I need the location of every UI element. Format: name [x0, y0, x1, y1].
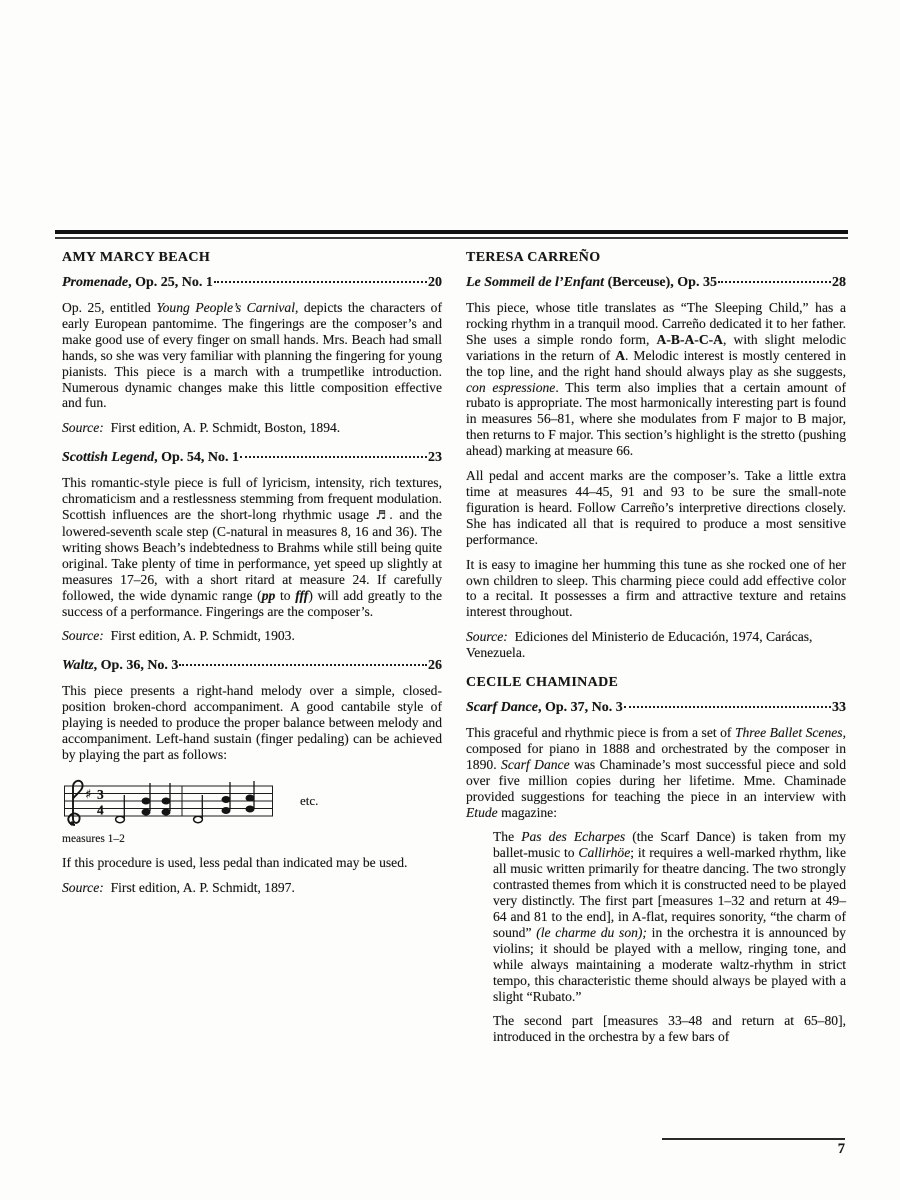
page-footer: 7 — [662, 1138, 845, 1158]
interview-quote-paragraph: The Pas des Echarpes (the Scarf Dance) i… — [493, 829, 846, 1004]
work-waltz: Waltz, Op. 36, No. 3 26 This piece prese… — [62, 658, 442, 895]
treble-clef-icon — [68, 781, 82, 826]
work-title: Promenade, Op. 25, No. 1 20 — [62, 275, 442, 291]
work-scottish-legend: Scottish Legend, Op. 54, No. 1 23 This r… — [62, 450, 442, 644]
work-title-text: Promenade, Op. 25, No. 1 — [62, 275, 213, 291]
work-title-text: Waltz, Op. 36, No. 3 — [62, 658, 178, 674]
paragraph: This romantic-style piece is full of lyr… — [62, 475, 442, 619]
work-title-text: Scarf Dance, Op. 37, No. 3 — [466, 700, 623, 716]
page-number: 7 — [662, 1141, 845, 1158]
time-signature: 3 4 — [97, 787, 104, 818]
paragraph: Op. 25, entitled Young People’s Carnival… — [62, 300, 442, 411]
work-title: Scottish Legend, Op. 54, No. 1 23 — [62, 450, 442, 466]
work-page-number: 26 — [428, 658, 442, 674]
sharp-sign: ♯ — [85, 787, 91, 802]
svg-text:3: 3 — [97, 787, 104, 802]
work-title-text: Le Sommeil de l’Enfant (Berceuse), Op. 3… — [466, 275, 717, 291]
dot-leader — [179, 664, 427, 666]
paragraph: All pedal and accent marks are the compo… — [466, 468, 846, 548]
source-line: Source: First edition, A. P. Schmidt, Bo… — [62, 420, 442, 436]
work-page-number: 23 — [428, 450, 442, 466]
staff-row: ♯ 3 4 — [62, 772, 442, 830]
dot-leader — [718, 281, 831, 283]
paragraph: This piece, whose title translates as “T… — [466, 300, 846, 459]
work-title: Le Sommeil de l’Enfant (Berceuse), Op. 3… — [466, 275, 846, 291]
source-line: Source: First edition, A. P. Schmidt, 19… — [62, 628, 442, 644]
work-title-text: Scottish Legend, Op. 54, No. 1 — [62, 450, 239, 466]
two-column-layout: AMY MARCY BEACH Promenade, Op. 25, No. 1… — [62, 250, 846, 1054]
composer-heading-beach: AMY MARCY BEACH — [62, 250, 442, 266]
dot-leader — [240, 456, 427, 458]
svg-text:4: 4 — [97, 802, 104, 817]
music-example: ♯ 3 4 — [62, 772, 442, 845]
notes-measure-1 — [116, 783, 170, 823]
paragraph: This graceful and rhythmic piece is from… — [466, 725, 846, 820]
dot-leader — [214, 281, 427, 283]
left-column: AMY MARCY BEACH Promenade, Op. 25, No. 1… — [62, 250, 442, 910]
work-scarf-dance: Scarf Dance, Op. 37, No. 3 33 This grace… — [466, 700, 846, 1045]
paragraph: If this procedure is used, less pedal th… — [62, 855, 442, 871]
right-column: TERESA CARREÑO Le Sommeil de l’Enfant (B… — [466, 250, 846, 1054]
music-caption: measures 1–2 — [62, 833, 442, 845]
book-page: AMY MARCY BEACH Promenade, Op. 25, No. 1… — [0, 0, 900, 1200]
composer-heading-chaminade: CECILE CHAMINADE — [466, 675, 846, 691]
work-page-number: 20 — [428, 275, 442, 291]
composer-heading-carreno: TERESA CARREÑO — [466, 250, 846, 266]
work-title: Scarf Dance, Op. 37, No. 3 33 — [466, 700, 846, 716]
work-promenade: Promenade, Op. 25, No. 1 20 Op. 25, enti… — [62, 275, 442, 436]
dot-leader — [624, 706, 831, 708]
interview-quote-paragraph: The second part [measures 33–48 and retu… — [493, 1013, 846, 1045]
paragraph: This piece presents a right-hand melody … — [62, 683, 442, 763]
source-line: Source: First edition, A. P. Schmidt, 18… — [62, 880, 442, 896]
source-line: Source: Ediciones del Ministerio de Educ… — [466, 629, 846, 661]
work-le-sommeil: Le Sommeil de l’Enfant (Berceuse), Op. 3… — [466, 275, 846, 661]
work-page-number: 28 — [832, 275, 846, 291]
etc-label: etc. — [300, 793, 318, 809]
double-rule — [55, 230, 848, 239]
work-title: Waltz, Op. 36, No. 3 26 — [62, 658, 442, 674]
music-staff-notation: ♯ 3 4 — [62, 772, 290, 830]
paragraph: It is easy to imagine her humming this t… — [466, 557, 846, 621]
work-page-number: 33 — [832, 700, 846, 716]
